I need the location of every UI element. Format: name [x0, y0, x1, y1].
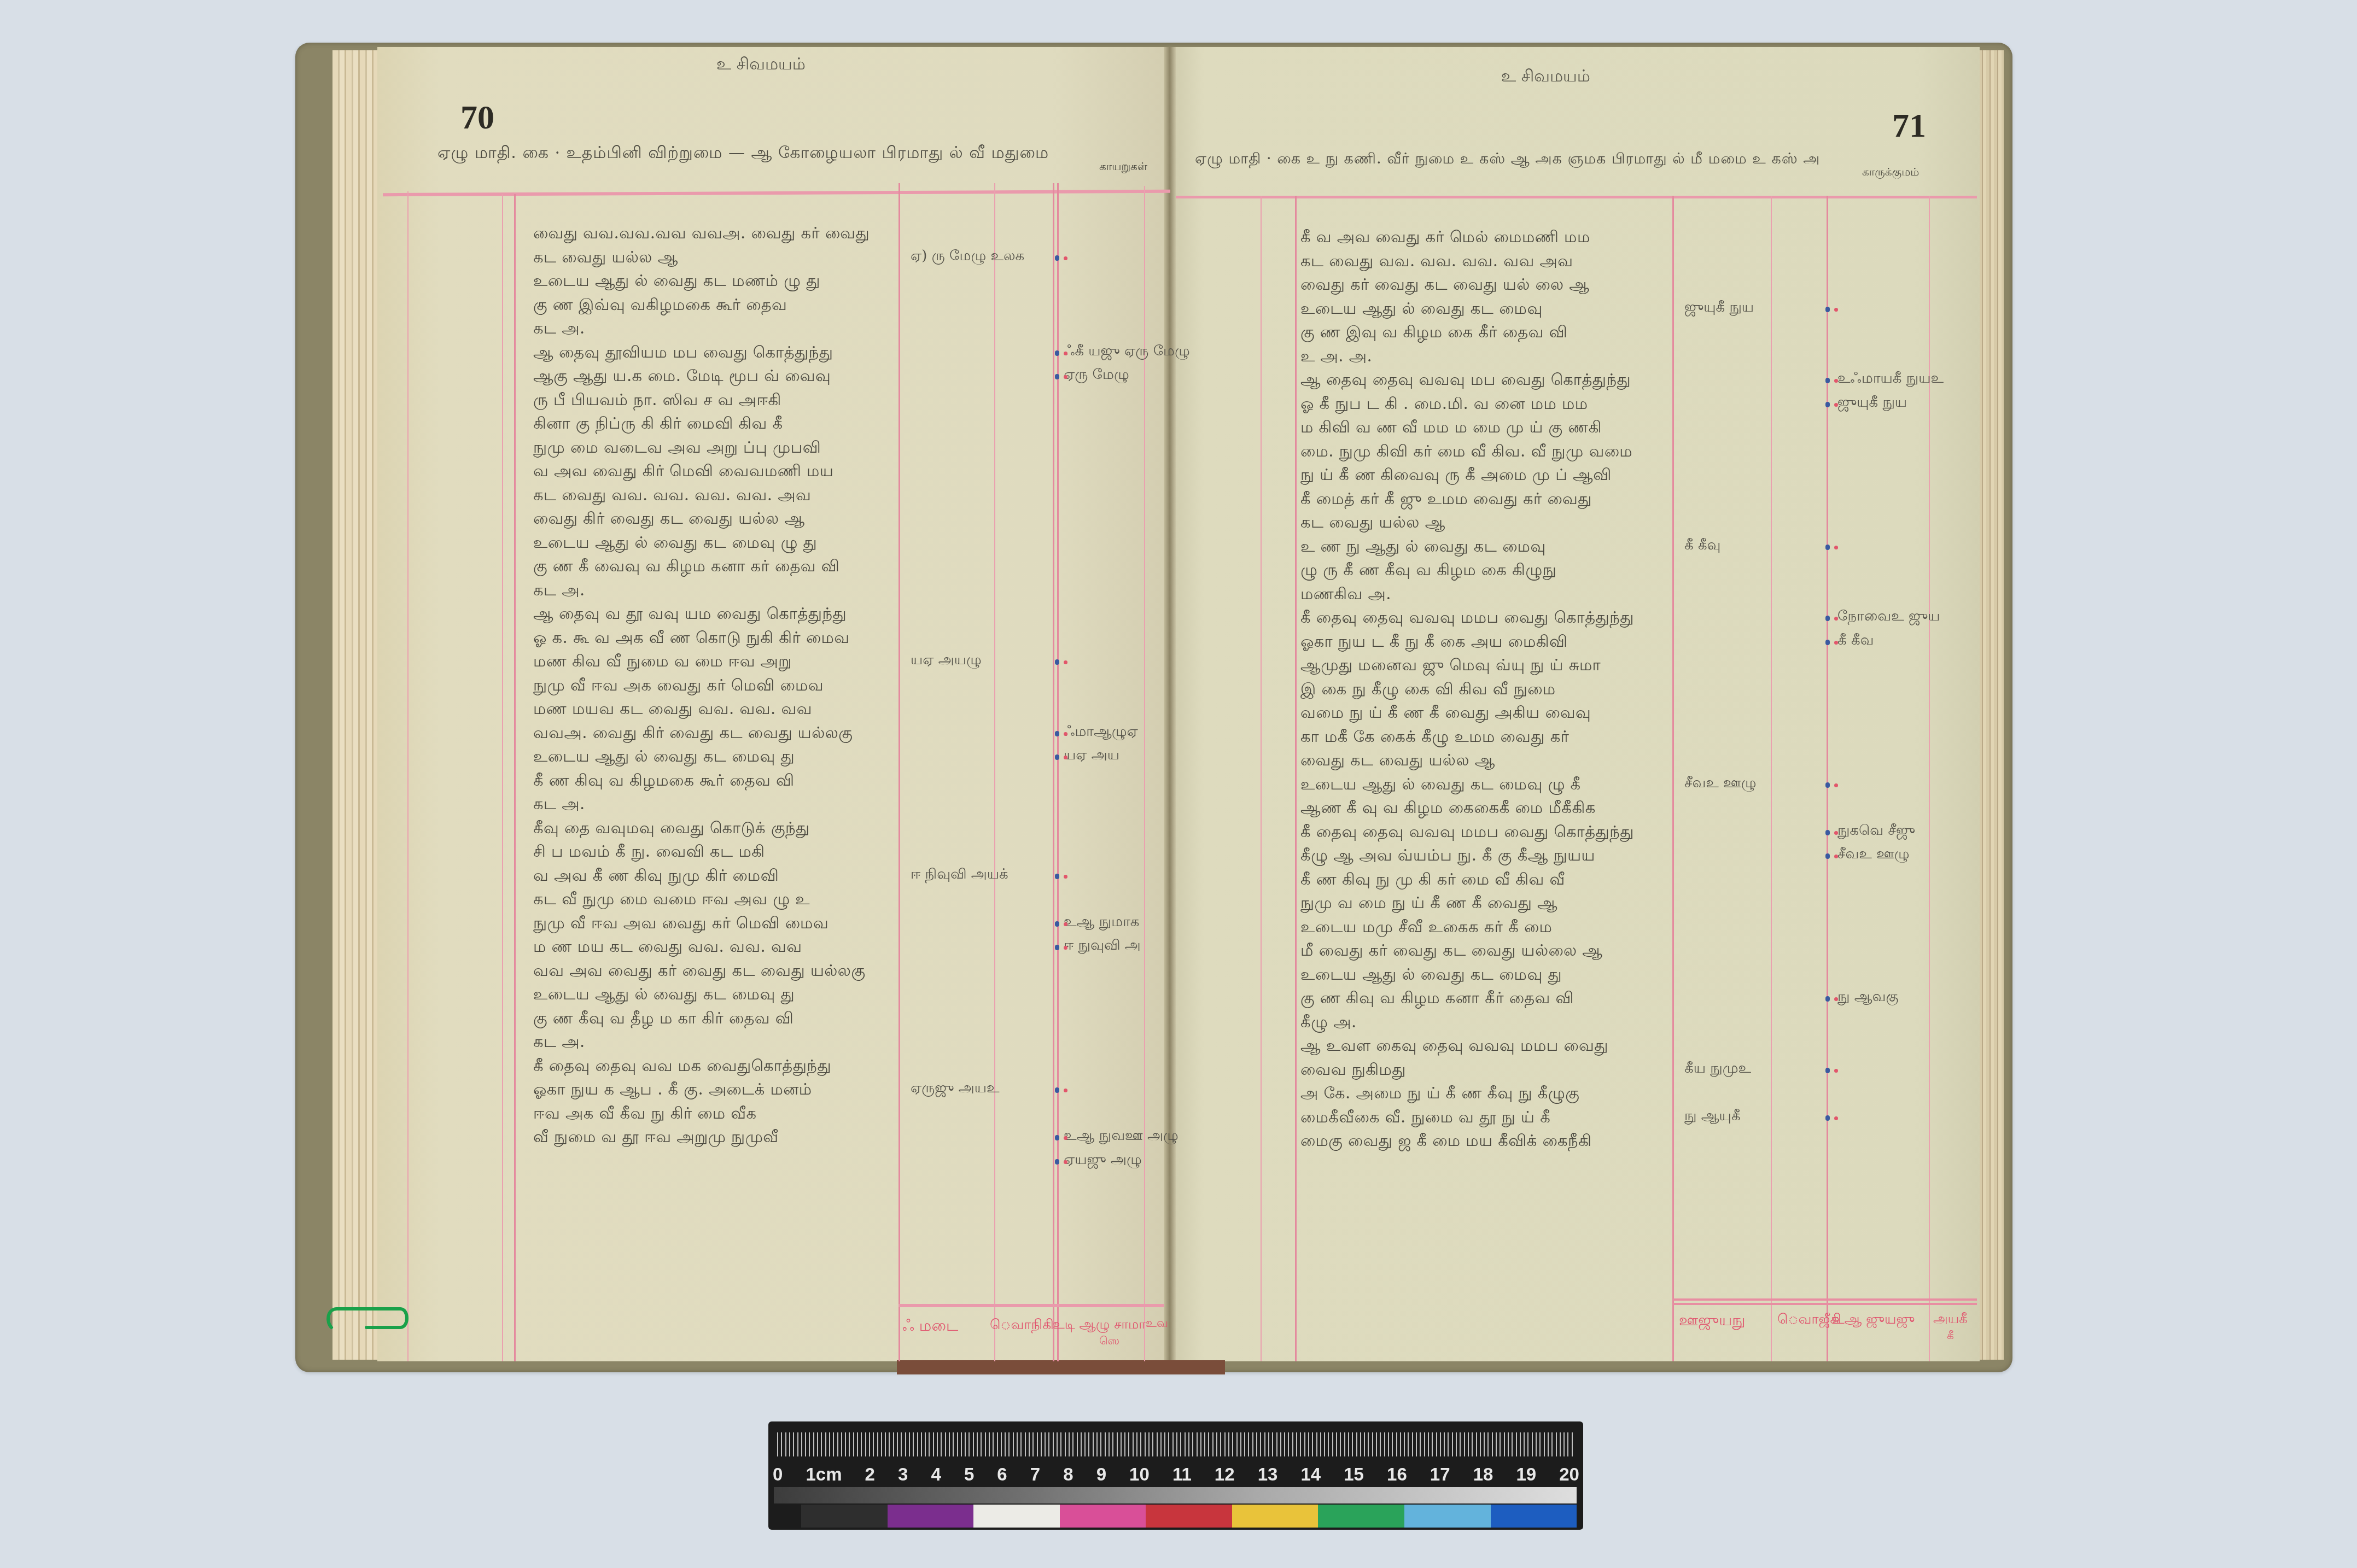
- ledger-line: மைகு வைது ஜ கீ மை மய கீவிக் கைநீகி: [1300, 1129, 1672, 1153]
- blue-tick-mark: [1825, 830, 1830, 835]
- ledger-line: கட வைது வவ. வவ. வவ. வவ அவ: [1300, 249, 1672, 273]
- red-tick-mark: [1064, 1160, 1067, 1164]
- ledger-line: உடைய ஆது ல் வைது கட மைவு து: [533, 745, 897, 769]
- red-tick-mark: [1064, 756, 1067, 759]
- ruler-tick-label: 12: [1215, 1464, 1235, 1485]
- ruler-tick-label: 17: [1430, 1464, 1450, 1485]
- blue-tick-mark: [1055, 255, 1059, 261]
- amount-entry: சீவஉ ஊழு: [1684, 775, 1757, 793]
- red-tick-mark: [1834, 403, 1838, 407]
- blue-tick-mark: [1825, 307, 1830, 312]
- ledger-line: கீழு ஆ அவ வ்யம்ப நு. கீ கு கீஆ நுயய: [1300, 844, 1672, 868]
- title-subline-left: காயறுகள்: [1099, 160, 1147, 174]
- amount-entry: ஏயஜு அழு: [1064, 1151, 1142, 1169]
- red-tick-mark: [1064, 875, 1067, 879]
- amount-entry: யஏ அய: [1064, 747, 1119, 765]
- amount-entry: நு ஆயுகீ: [1684, 1108, 1741, 1126]
- right-footer-total-1: ஊஜுயநு: [1679, 1311, 1745, 1331]
- ledger-line: வ அவ வைது கிர் மெவி வைவமணி மய: [533, 459, 897, 483]
- blue-tick-mark: [1825, 616, 1830, 621]
- ledger-line: மைகீவீகை வீ. நுமை வ தூ நு ய் கீ: [1300, 1105, 1672, 1130]
- ledger-line: கட வீ நுமு மை வமை ஈவ அவ ழு உ: [533, 887, 897, 911]
- ledger-line: ஆமுது மனைவ ஜு மெவு வ்யு நு ய் சுமா: [1300, 653, 1672, 677]
- ledger-line: நுமு மை வடைவ அவ அறு ப்பு முபவி: [533, 436, 897, 460]
- ruler-tick-label: 4: [931, 1464, 941, 1485]
- ledger-line: உடைய ஆது ல் வைது கட மைவு ழு கீ: [1300, 773, 1672, 797]
- color-swatch: [1146, 1505, 1232, 1528]
- ruler-tick-label: 2: [865, 1464, 875, 1485]
- red-tick-mark: [1834, 379, 1838, 383]
- ledger-line: கு ண இவு வ கிழம கை கீர் தைவ வி: [1300, 320, 1672, 344]
- red-tick-mark: [1064, 922, 1067, 926]
- ledger-line: உடைய ஆது ல் வைது கட மணம் ழு து: [533, 269, 897, 293]
- blue-tick-mark: [1825, 996, 1830, 1002]
- amount-entry: நோவைஉ ஜுய: [1837, 608, 1940, 626]
- ruler-tick-label: 8: [1063, 1464, 1073, 1485]
- left-total-rule: [899, 1304, 1164, 1307]
- ledger-line: கீ வ அவ வைது கர் மெல் மைமணி மம: [1300, 225, 1672, 249]
- ledger-line: ஆ தைவு வ தூ வவு யம வைது கொத்துந்து: [533, 602, 897, 626]
- blue-tick-mark: [1825, 545, 1830, 550]
- ledger-line: வவ அவ வைது கர் வைது கட வைது யல்லகு: [533, 959, 897, 983]
- invocation-right: உ சிவமயம்: [1501, 67, 1590, 88]
- red-tick-mark: [1834, 308, 1838, 312]
- ledger-line: நுமு வீ ஈவ அக வைது கர் மெவி மைவ: [533, 674, 897, 698]
- blue-tick-mark: [1055, 1135, 1059, 1140]
- amount-entry: கீ கீவ: [1837, 632, 1874, 650]
- amount-entry: ஜுயுகீ நுய: [1837, 394, 1907, 412]
- right-col-line: [1295, 196, 1297, 1361]
- ledger-line: கீ ண கிவு நு மு கி கர் மை வீ கிவ வீ: [1300, 868, 1672, 892]
- ledger-line: வ அவ கீ ண கிவு நுமு கிர் மைவி: [533, 864, 897, 888]
- blue-tick-mark: [1055, 374, 1059, 379]
- ledger-line: ஓ க. கூ வ அக வீ ண கொடு நுகி கிர் மைவ: [533, 626, 897, 650]
- ledger-line: கீ தைவு தைவு வவவு மமப வைது கொத்துந்து: [1300, 606, 1672, 630]
- blue-tick-mark: [1055, 1159, 1059, 1165]
- ledger-line: உடைய ஆது ல் வைது கட மைவு: [1300, 297, 1672, 321]
- blue-tick-mark: [1055, 1087, 1059, 1093]
- ledger-line: கீ மைத் கர் கீ ஜு உமம வைது கர் வைது: [1300, 487, 1672, 511]
- ledger-line: உடைய ஆது ல் வைது கட மைவு து: [1300, 963, 1672, 987]
- amount-entry: ஃகீ யஜு ஏரு மேழு: [1064, 343, 1190, 361]
- ledger-line: கீழு அ.: [1300, 1010, 1672, 1034]
- ledger-line: மை. நுமு கிவி கர் மை வீ கிவ. வீ நுமு வமை: [1300, 440, 1672, 464]
- blue-tick-mark: [1055, 874, 1059, 879]
- blue-tick-mark: [1825, 853, 1830, 859]
- blue-tick-mark: [1825, 782, 1830, 788]
- ledger-line: கு ண இவ்வு வகிழமகை கூர் தைவ: [533, 293, 897, 317]
- ledger-line: ஆகு ஆது ய.க மை. மேடி மூப வ் வைவு: [533, 364, 897, 388]
- left-footer-total-2: ெவாநிகி: [990, 1317, 1054, 1335]
- right-amount-columns: ஜுயுகீ நுயஉஃமாயகீ நுயஉஜுயுகீ நுயகீ கீவுந…: [1673, 225, 1977, 1291]
- ruler-labels: 01cm234567891011121314151617181920: [773, 1464, 1579, 1485]
- right-footer-subnote: கீ: [1947, 1329, 1954, 1343]
- red-tick-mark: [1064, 946, 1067, 950]
- right-col-line: [1261, 196, 1262, 1361]
- ruler-tick-label: 11: [1172, 1464, 1192, 1485]
- ledger-line: ம ண மய கட வைது வவ. வவ. வவ: [533, 935, 897, 959]
- ledger-line: ஓகா நுய ட கீ நு கீ கை அய மைகிவி: [1300, 630, 1672, 654]
- title-subline-right: காருக்குமம்: [1862, 165, 1919, 180]
- ruler-tick-label: 20: [1559, 1464, 1579, 1485]
- blue-tick-mark: [1055, 659, 1059, 665]
- ledger-line: வைவ நுகிமது: [1300, 1058, 1672, 1082]
- blue-tick-mark: [1825, 402, 1830, 407]
- amount-entry: நு ஆவகு: [1837, 988, 1898, 1007]
- blue-tick-mark: [1825, 1068, 1830, 1073]
- ledger-line: கட அ.: [533, 792, 897, 816]
- ledger-line: கட வைது யல்ல ஆ: [533, 245, 897, 270]
- color-swatch: [1491, 1505, 1577, 1528]
- ledger-line: அ கே. அமை நு ய் கீ ண கீவு நு கீழுகு: [1300, 1081, 1672, 1105]
- red-tick-mark: [1834, 617, 1838, 621]
- page-number-left: 70: [460, 98, 494, 137]
- invocation-left: உ சிவமயம்: [716, 55, 806, 76]
- blue-tick-mark: [1055, 945, 1059, 950]
- blue-tick-mark: [1825, 1115, 1830, 1121]
- ledger-line: ரு பீ பியவம் நா. ஸிவ ச வ அஈகி: [533, 388, 897, 412]
- blue-tick-mark: [1825, 640, 1830, 645]
- ledger-line: ஓ கீ நுப ட கி . மை.மி. வ னை மம மம: [1300, 392, 1672, 416]
- amount-entry: நுகவெ சீஜு: [1837, 822, 1915, 840]
- amount-entry: உஆ நுவஊ அழு: [1064, 1127, 1178, 1145]
- red-tick-mark: [1834, 997, 1838, 1001]
- left-col-line: [502, 194, 503, 1361]
- red-tick-mark: [1064, 732, 1067, 736]
- ledger-line: வைது கட வைது யல்ல ஆ: [1300, 748, 1672, 773]
- left-page-body: வைது வவ.வவ.வவ வவஅ. வைது கர் வைதுகட வைது …: [533, 221, 897, 1149]
- right-total-rule: [1673, 1298, 1977, 1305]
- ledger-line: மண கிவ வீ நுமை வ மை ஈவ அறு: [533, 650, 897, 674]
- ruler-tick-label: 16: [1387, 1464, 1407, 1485]
- ruler-tick-label: 1cm: [806, 1464, 842, 1485]
- amount-entry: உஆ நுமாக: [1064, 914, 1139, 932]
- amount-entry: கீ கீவு: [1684, 537, 1720, 555]
- amount-entry: ஏ) ரு மேழு உலக: [911, 248, 1024, 266]
- amount-entry: யஏ அயழு: [911, 652, 982, 670]
- red-tick-mark: [1064, 1089, 1067, 1092]
- left-col-line: [514, 194, 516, 1361]
- left-footer-total-1: ஃ மடை: [902, 1317, 958, 1337]
- ledger-line: உடைய மமு சீவீ உகைக கர் கீ மை: [1300, 915, 1672, 939]
- ledger-line: நுமு வ மை நு ய் கீ ண கீ வைது ஆ: [1300, 891, 1672, 915]
- color-swatch: [973, 1505, 1060, 1528]
- red-tick-mark: [1834, 1069, 1838, 1073]
- ledger-line: கீ தைவு தைவு வவவு மமப வைது கொத்துந்து: [1300, 820, 1672, 844]
- red-tick-mark: [1064, 1136, 1067, 1140]
- ledger-line: ஆண கீ வு வ கிழம கைகைகீ மை மீகீகிக: [1300, 796, 1672, 820]
- ledger-line: ஆ தைவு தைவு வவவு மப வைது கொத்துந்து: [1300, 368, 1672, 392]
- color-swatch: [888, 1505, 974, 1528]
- ledger-line: கீ ண கிவு வ கிழமகை கூர் தைவ வி: [533, 769, 897, 793]
- amount-entry: ஃமாஆழுஏ: [1064, 723, 1138, 741]
- ruler-tick-label: 18: [1473, 1464, 1493, 1485]
- ruler-tick-label: 5: [964, 1464, 974, 1485]
- ledger-line: கீவு தை வவுமவு வைது கொடுக் குந்து: [533, 816, 897, 840]
- color-swatches: [801, 1505, 1577, 1528]
- color-swatch: [1404, 1505, 1491, 1528]
- ledger-line: கட அ.: [533, 578, 897, 602]
- blue-tick-mark: [1055, 921, 1059, 927]
- blue-tick-mark: [1825, 378, 1830, 383]
- red-tick-mark: [1834, 783, 1838, 787]
- amount-entry: கீய நுமுஉ: [1684, 1060, 1751, 1078]
- red-tick-mark: [1834, 641, 1838, 645]
- blue-tick-mark: [1055, 350, 1059, 356]
- ledger-line: கட வைது வவ. வவ. வவ. வவ. அவ: [533, 483, 897, 507]
- ledger-line: வமை நு ய் கீ ண கீ வைது அகிய வைவு: [1300, 701, 1672, 725]
- left-amount-columns: ஏ) ரு மேழு உலகஃகீ யஜு ஏரு மேழுஏரு மேழுயஏ…: [900, 221, 1162, 1288]
- ledger-line: ஈவ அக வீ கீவ நு கிர் மை வீக: [533, 1102, 897, 1126]
- red-tick-mark: [1834, 1116, 1838, 1120]
- ledger-line: உடைய ஆது ல் வைது கட மைவு து: [533, 982, 897, 1007]
- amount-entry: சீவஉ ஊழு: [1837, 846, 1910, 864]
- ledger-line: வைது கிர் வைது கட வைது யல்ல ஆ: [533, 507, 897, 531]
- ruler-tick-label: 7: [1030, 1464, 1040, 1485]
- color-swatch: [1232, 1505, 1318, 1528]
- red-tick-mark: [1834, 855, 1838, 858]
- red-tick-mark: [1064, 375, 1067, 379]
- ledger-line: மண மயவ கட வைது வவ. வவ. வவ: [533, 697, 897, 721]
- color-swatch: [1318, 1505, 1404, 1528]
- color-swatch: [801, 1505, 888, 1528]
- ledger-line: ழு ரு கீ ண கீவு வ கிழம கை கிழுநு: [1300, 558, 1672, 582]
- paperclip-icon: [324, 1306, 411, 1334]
- left-footer-subnote: ஸெ: [1099, 1334, 1119, 1349]
- ledger-line: உடைய ஆது ல் வைது கட மைவு ழு து: [533, 531, 897, 555]
- ruler-tick-label: 6: [997, 1464, 1007, 1485]
- ledger-line: வீ நுமை வ தூ ஈவ அறுமு நுமுவீ: [533, 1125, 897, 1149]
- red-tick-mark: [1064, 660, 1067, 664]
- ledger-line: வவஅ. வைது கிர் வைது கட வைது யல்லகு: [533, 721, 897, 745]
- left-footer-total-3: உடி ஆழு சாமா: [1053, 1317, 1146, 1333]
- ledger-line: கட அ.: [533, 1030, 897, 1054]
- page-number-right: 71: [1892, 107, 1926, 145]
- ledger-line: மீ வைது கர் வைது கட வைது யல்லை ஆ: [1300, 939, 1672, 963]
- ledger-line: கினா கு நிப்ரு கி கிர் மைவி கிவ கீ: [533, 412, 897, 436]
- amount-entry: ஏருஜு அயஉ: [911, 1080, 1000, 1098]
- ledger-line: உ ண நு ஆது ல் வைது கட மைவு: [1300, 535, 1672, 559]
- page-stack-right: [1979, 50, 2004, 1360]
- amount-entry: ஜுயுகீ நுய: [1684, 299, 1754, 317]
- ruler-tick-label: 19: [1516, 1464, 1536, 1485]
- ruler-tick-label: 13: [1258, 1464, 1278, 1485]
- ledger-line: கட வைது யல்ல ஆ: [1300, 511, 1672, 535]
- book-gutter: [1164, 47, 1176, 1361]
- title-line-left: ஏழு மாதி. கை · உதம்பினி விற்றுமை — ஆ கோழ…: [437, 143, 1049, 165]
- ledger-line: இ கை நு கீழு கை வி கிவ வீ நுமை: [1300, 677, 1672, 701]
- ledger-line: கா மகீ கே கைக் கீழு உமம வைது கர்: [1300, 725, 1672, 749]
- red-tick-mark: [1064, 256, 1067, 260]
- blue-tick-mark: [1055, 731, 1059, 736]
- red-tick-mark: [1834, 546, 1838, 549]
- ledger-line: உ அ. அ.: [1300, 344, 1672, 368]
- grey-scale-strip: [774, 1487, 1577, 1503]
- ledger-line: ஆ உவள கைவு தைவு வவவு மமப வைது: [1300, 1034, 1672, 1058]
- ruler-tick-label: 0: [773, 1464, 783, 1485]
- ledger-line: ஆ தைவு தூவியம மப வைது கொத்துந்து: [533, 341, 897, 365]
- red-tick-mark: [1064, 352, 1067, 355]
- ledger-line: கு ண கீவு வ தீழ ம கா கிர் தைவ வி: [533, 1007, 897, 1031]
- ledger-line: நுமு வீ ஈவ அவ வைது கர் மெவி மைவ: [533, 911, 897, 935]
- amount-entry: உஃமாயகீ நுயஉ: [1837, 370, 1944, 388]
- spine-binding: [897, 1360, 1225, 1374]
- ruler-ticks: [777, 1432, 1576, 1456]
- ledger-line: மணகிவ அ.: [1300, 582, 1672, 606]
- blue-tick-mark: [1055, 754, 1059, 760]
- right-footer-total-4: அயகீ: [1933, 1311, 1968, 1328]
- ruler-tick-label: 3: [898, 1464, 908, 1485]
- ledger-line: ஓகா நுய க ஆப . கீ கு. அடைக் மனம்: [533, 1078, 897, 1102]
- ledger-line: கீ தைவு தைவு வவ மக வைதுகொத்துந்து: [533, 1054, 897, 1078]
- ledger-line: கட அ.: [533, 317, 897, 341]
- left-footer-total-4: உவ: [1146, 1317, 1168, 1332]
- title-line-right: ஏழு மாதி · கை உ நு கணி. வீர் நுமை உ கஸ் …: [1195, 150, 1820, 169]
- scale-ruler: 01cm234567891011121314151617181920: [768, 1421, 1583, 1530]
- red-tick-mark: [1834, 831, 1838, 835]
- left-margin-line: [407, 191, 409, 1361]
- amount-entry: ஈ நிவுவி அயக்: [911, 866, 1008, 884]
- ruler-tick-label: 9: [1096, 1464, 1106, 1485]
- ledger-line: ம கிவி வ ண வீ மம ம மை மு ய் கு ணகி: [1300, 416, 1672, 440]
- right-footer-total-3: உஆ ஜுயஜு: [1832, 1311, 1915, 1329]
- ledger-line: கு ண கீ வைவு வ கிழம கனா கர் தைவ வி: [533, 554, 897, 578]
- color-swatch: [1060, 1505, 1146, 1528]
- amount-entry: ஏரு மேழு: [1064, 366, 1129, 384]
- ledger-line: வைது கர் வைது கட வைது யல் லை ஆ: [1300, 273, 1672, 297]
- ruler-tick-label: 14: [1300, 1464, 1321, 1485]
- ruler-tick-label: 10: [1129, 1464, 1150, 1485]
- ledger-line: சி ப மவம் கீ நு. வைவி கட மகி: [533, 840, 897, 864]
- amount-entry: ஈ நுவுவி அ: [1064, 937, 1141, 955]
- ledger-line: வைது வவ.வவ.வவ வவஅ. வைது கர் வைது: [533, 221, 897, 245]
- ruler-tick-label: 15: [1344, 1464, 1364, 1485]
- ledger-line: கு ண கிவு வ கிழம கனா கீர் தைவ வி: [1300, 986, 1672, 1010]
- ledger-line: நு ய் கீ ண கிவைவு ரு கீ அமை மு ப் ஆவி: [1300, 463, 1672, 487]
- right-page-body: கீ வ அவ வைது கர் மெல் மைமணி மமகட வைது வவ…: [1300, 225, 1672, 1153]
